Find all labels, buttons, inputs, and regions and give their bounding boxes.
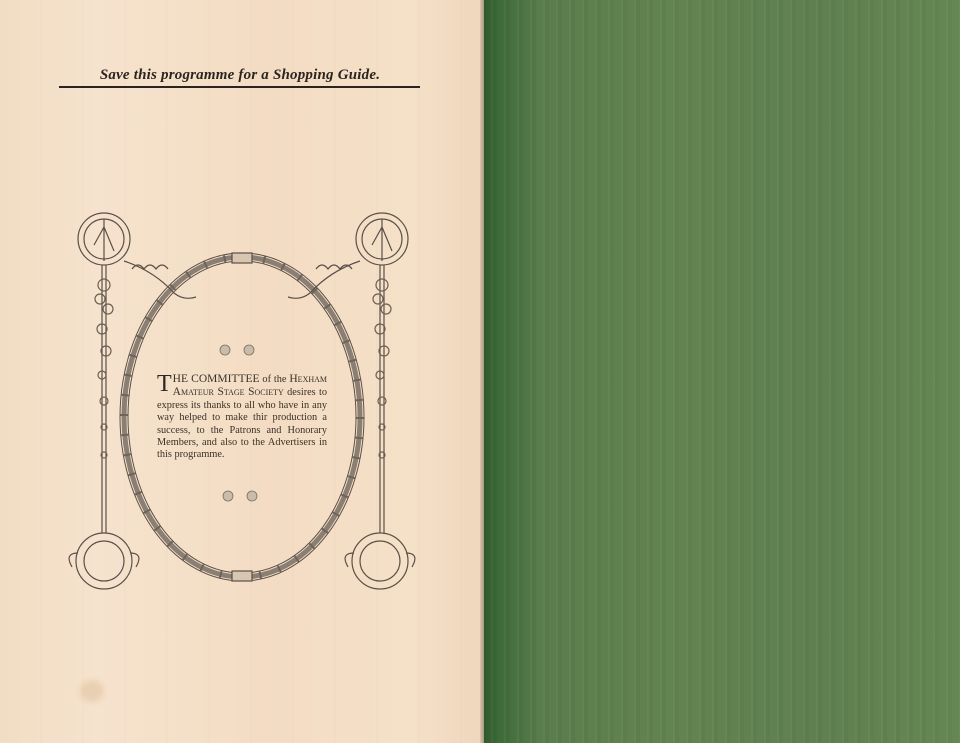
drop-cap: T <box>157 374 172 394</box>
programme-back-page: Save this programme for a Shopping Guide… <box>0 0 484 743</box>
heading-tail: of the <box>260 374 287 385</box>
page-header: Save this programme for a Shopping Guide… <box>60 66 420 84</box>
green-back-cover <box>484 0 960 743</box>
shopping-guide-note: Save this programme for a Shopping Guide… <box>100 67 380 83</box>
header-rule <box>59 86 420 88</box>
committee-heading: HE COMMITTEE <box>173 373 260 385</box>
paper-stain <box>80 680 104 702</box>
committee-thanks-notice: THE COMMITTEE of the Hexham Amateur Stag… <box>157 373 327 462</box>
